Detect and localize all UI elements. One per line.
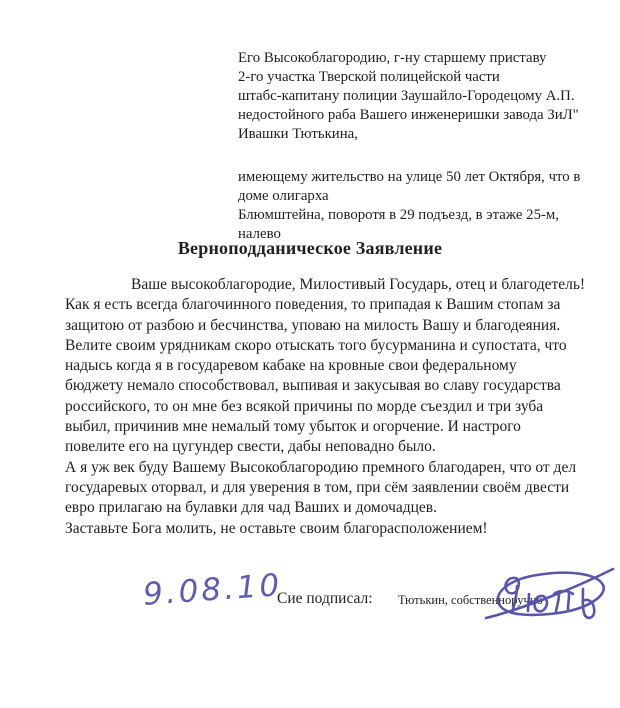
address-block: Его Высокоблагородию, г-ну старшему прис…: [238, 30, 598, 263]
signed-caption: Сие подписал:: [277, 590, 373, 608]
handwritten-date: 9.08.10: [142, 567, 283, 613]
page-title: Верноподданическое Заявление: [0, 238, 620, 259]
residence-lines: имеющему жительство на улице 50 лет Октя…: [238, 168, 598, 244]
handwritten-signature-icon: [483, 556, 617, 636]
petition-body-text: Ваше высокоблагородие, Милостивый Госуда…: [65, 275, 587, 539]
recipient-lines: Его Высокоблагородию, г-ну старшему прис…: [238, 49, 598, 144]
document-page: { "document": { "header": { "recipient":…: [0, 0, 620, 708]
